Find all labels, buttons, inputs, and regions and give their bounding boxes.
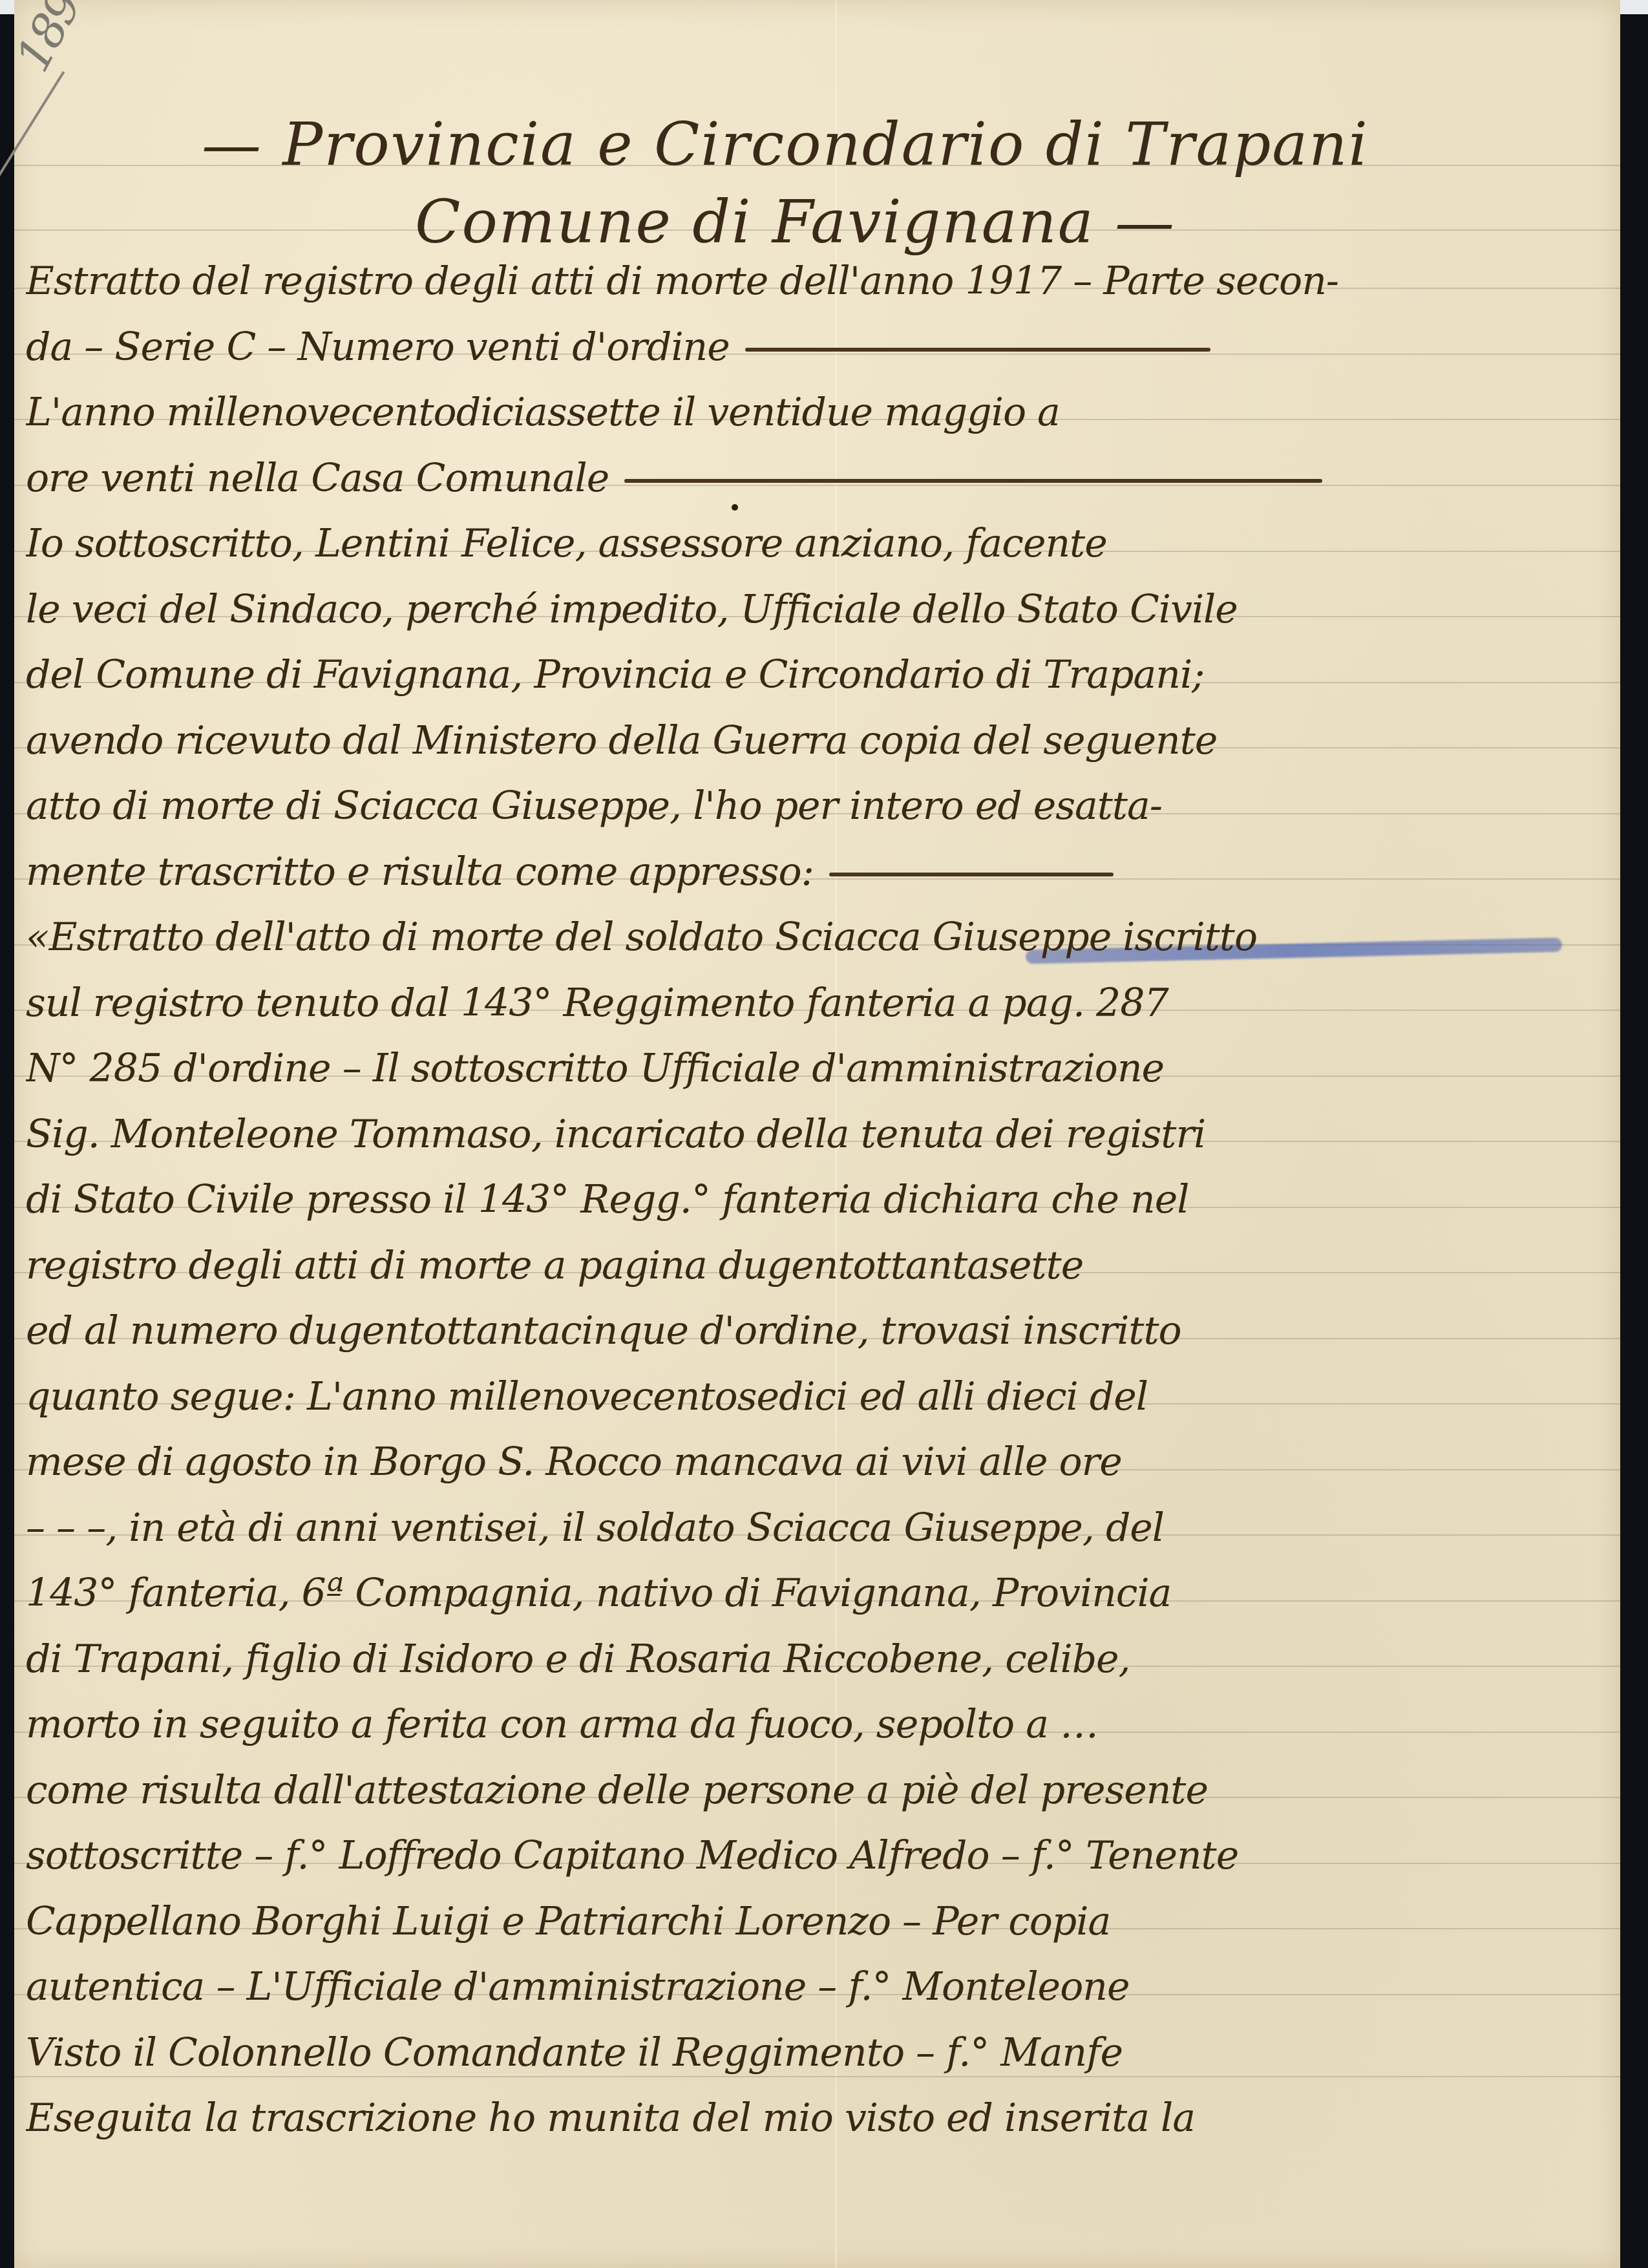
line-text: come risulta dall'attestazione delle per… [26, 1768, 1208, 1813]
text-line: ore venti nella Casa Comunale [26, 446, 1609, 512]
line-text: avendo ricevuto dal Ministero della Guer… [26, 718, 1217, 763]
line-text: Cappellano Borghi Luigi e Patriarchi Lor… [26, 1899, 1110, 1944]
text-line: morto in seguito a ferita con arma da fu… [26, 1692, 1609, 1758]
text-line: L'anno millenovecentodiciassette il vent… [26, 380, 1609, 446]
text-line: 143° fanteria, 6ª Compagnia, nativo di F… [26, 1561, 1609, 1627]
text-line: Sig. Monteleone Tommaso, incaricato dell… [26, 1102, 1609, 1168]
line-text: registro degli atti di morte a pagina du… [26, 1243, 1083, 1288]
line-text: di Stato Civile presso il 143° Regg.° fa… [26, 1177, 1188, 1222]
text-line: del Comune di Favignana, Provincia e Cir… [26, 642, 1609, 708]
document-body: Estratto del registro degli atti di mort… [26, 249, 1609, 2152]
text-line: Cappellano Borghi Luigi e Patriarchi Lor… [26, 1889, 1609, 1955]
filler-rule [829, 873, 1114, 876]
line-text: quanto segue: L'anno millenovecentosedic… [26, 1374, 1148, 1419]
text-line: avendo ricevuto dal Ministero della Guer… [26, 708, 1609, 774]
filler-rule [745, 348, 1210, 352]
text-line: atto di morte di Sciacca Giuseppe, l'ho … [26, 774, 1609, 840]
text-line: registro degli atti di morte a pagina du… [26, 1233, 1609, 1299]
line-text: mese di agosto in Borgo S. Rocco mancava… [26, 1439, 1122, 1485]
filler-rule [624, 479, 1322, 483]
text-line: di Stato Civile presso il 143° Regg.° fa… [26, 1167, 1609, 1233]
line-text: di Trapani, figlio di Isidoro e di Rosar… [26, 1637, 1130, 1682]
text-line: ed al numero dugentottantacinque d'ordin… [26, 1298, 1609, 1364]
text-line: le veci del Sindaco, perché impedito, Uf… [26, 577, 1609, 643]
line-text: le veci del Sindaco, perché impedito, Uf… [26, 587, 1238, 632]
line-text: del Comune di Favignana, Provincia e Cir… [26, 652, 1204, 697]
text-line: Estratto del registro degli atti di mort… [26, 249, 1609, 315]
line-text: autentica – L'Ufficiale d'amministrazion… [26, 1964, 1129, 2009]
line-text: morto in seguito a ferita con arma da fu… [26, 1702, 1098, 1747]
line-text: sottoscritte – f.° Loffredo Capitano Med… [26, 1833, 1238, 1878]
line-text: Estratto del registro degli atti di mort… [26, 259, 1338, 304]
line-text: Eseguita la trascrizione ho munita del m… [26, 2095, 1195, 2141]
line-text: L'anno millenovecentodiciassette il vent… [26, 390, 1060, 435]
text-line: autentica – L'Ufficiale d'amministrazion… [26, 1955, 1609, 2020]
text-line: mese di agosto in Borgo S. Rocco mancava… [26, 1430, 1609, 1496]
text-line: sul registro tenuto dal 143° Reggimento … [26, 971, 1609, 1037]
text-line: «Estratto dell'atto di morte del soldato… [26, 905, 1609, 971]
text-line: sottoscritte – f.° Loffredo Capitano Med… [26, 1823, 1609, 1889]
line-text: «Estratto dell'atto di morte del soldato… [26, 915, 1257, 960]
text-line: di Trapani, figlio di Isidoro e di Rosar… [26, 1627, 1609, 1693]
margin-note-year: 1890 [5, 0, 104, 80]
text-line: mente trascritto e risulta come appresso… [26, 840, 1609, 906]
text-line: – – –, in età di anni ventisei, il solda… [26, 1496, 1609, 1562]
line-text: ore venti nella Casa Comunale [26, 456, 609, 501]
line-text: Io sottoscritto, Lentini Felice, assesso… [26, 521, 1107, 566]
line-text: ed al numero dugentottantacinque d'ordin… [26, 1308, 1181, 1353]
line-text: mente trascritto e risulta come appresso… [26, 849, 814, 895]
text-line: da – Serie C – Numero venti d'ordine [26, 315, 1609, 381]
line-text: atto di morte di Sciacca Giuseppe, l'ho … [26, 783, 1162, 829]
line-text: – – –, in età di anni ventisei, il solda… [26, 1505, 1164, 1551]
line-text: Visto il Colonnello Comandante il Reggim… [26, 2030, 1123, 2075]
text-line: N° 285 d'ordine – Il sottoscritto Uffici… [26, 1036, 1609, 1102]
text-line: Visto il Colonnello Comandante il Reggim… [26, 2020, 1609, 2086]
text-line: come risulta dall'attestazione delle per… [26, 1758, 1609, 1824]
header-province: — Provincia e Circondario di Trapani [202, 110, 1369, 179]
line-text: sul registro tenuto dal 143° Reggimento … [26, 980, 1168, 1026]
line-text: N° 285 d'ordine – Il sottoscritto Uffici… [26, 1046, 1164, 1091]
text-line: quanto segue: L'anno millenovecentosedic… [26, 1364, 1609, 1430]
line-text: 143° fanteria, 6ª Compagnia, nativo di F… [26, 1571, 1171, 1616]
line-text: Sig. Monteleone Tommaso, incaricato dell… [26, 1112, 1205, 1157]
text-line: Eseguita la trascrizione ho munita del m… [26, 2086, 1609, 2152]
text-line: Io sottoscritto, Lentini Felice, assesso… [26, 511, 1609, 577]
header-comune: Comune di Favignana — [415, 187, 1176, 257]
line-text: da – Serie C – Numero venti d'ordine [26, 324, 730, 370]
